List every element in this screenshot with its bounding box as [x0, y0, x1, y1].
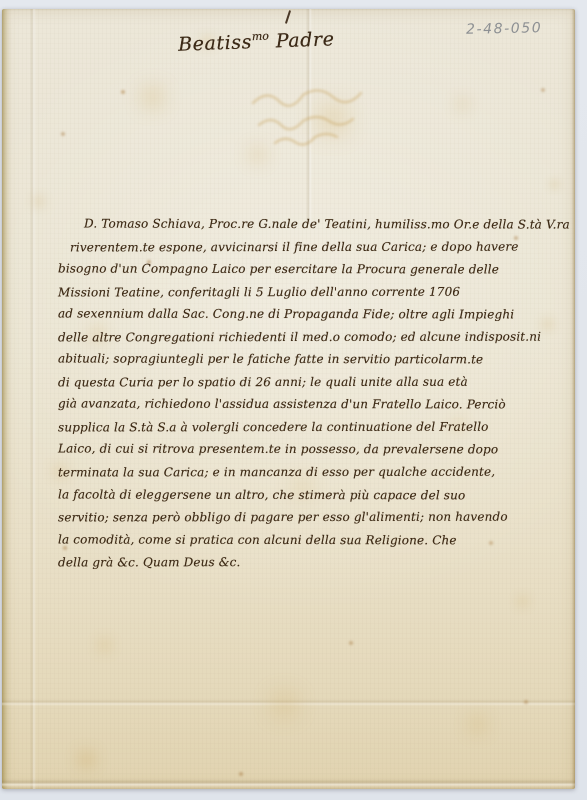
manuscript-line: di questa Curia per lo spatio di 26 anni… [58, 370, 558, 393]
manuscript-line: ad sexennium dalla Sac. Cong.ne di Propa… [58, 303, 558, 327]
manuscript-line: terminata la sua Carica; e in mancanza d… [58, 461, 558, 484]
paper-left-fold-edge [2, 9, 11, 789]
manuscript-line: riverentem.te espone, avvicinarsi il fin… [58, 235, 558, 258]
manuscript-line: abituali; sopragiuntegli per le fatiche … [58, 348, 558, 372]
manuscript-line: D. Tomaso Schiava, Proc.re G.nale de' Te… [58, 212, 558, 236]
manuscript-line: Missioni Teatine, conferitagli li 5 Lugl… [58, 280, 558, 303]
manuscript-line: bisogno d'un Compagno Laico per esercita… [58, 258, 558, 282]
manuscript-closing-line: della grà &c. Quam Deus &c. [58, 551, 558, 574]
paper-horizontal-crease-upper [2, 699, 575, 706]
ink-bleedthrough [245, 81, 405, 161]
paper-left-crease [30, 9, 36, 789]
salutation: Beatissmo Padre [178, 22, 335, 56]
salutation-superscript: mo [252, 30, 270, 44]
manuscript-line: delle altre Congregationi richiedenti il… [58, 325, 558, 348]
salutation-word: Beatiss [178, 31, 253, 56]
manuscript-line: la facoltà di eleggersene un altro, che … [58, 483, 558, 507]
manuscript-line: servitio; senza però obbligo di pagare p… [58, 506, 558, 529]
archive-number: 2-48-050 [466, 19, 543, 39]
manuscript-page: Beatissmo Padre 2-48-050 D. Tomaso Schia… [2, 9, 575, 789]
manuscript-line: la comodità, come si pratica con alcuni … [58, 528, 558, 552]
paper-horizontal-crease-lower [2, 779, 575, 787]
pen-tick-mark [285, 10, 291, 24]
paper-right-edge [571, 9, 575, 789]
manuscript-line: già avanzata, richiedono l'assidua assis… [58, 393, 558, 417]
letter-body: D. Tomaso Schiava, Proc.re G.nale de' Te… [58, 213, 558, 574]
manuscript-line: Laico, di cui si ritrova presentem.te in… [58, 438, 558, 462]
manuscript-line: supplica la S.tà S.a à volergli conceder… [58, 415, 558, 438]
salutation-rest: Padre [275, 28, 334, 52]
